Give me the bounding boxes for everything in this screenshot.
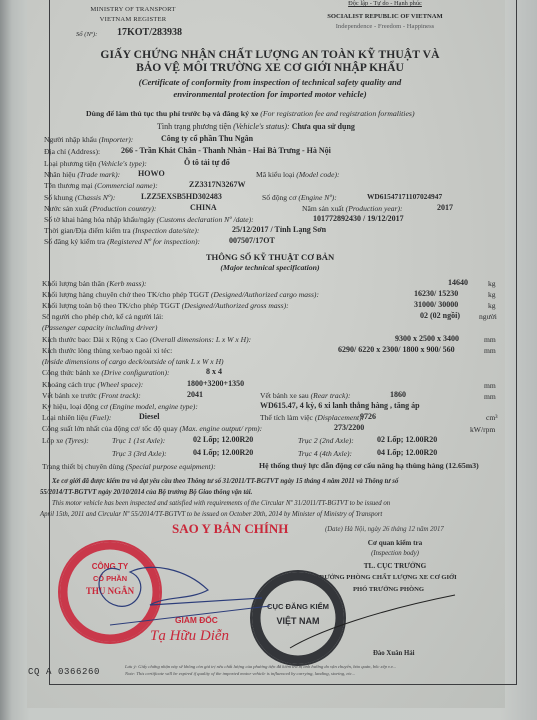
signature-strokes	[0, 0, 537, 720]
form-serial: CQ A 0366260	[28, 667, 100, 677]
footer-note-vn: Lưu ý: Giấy chứng nhận này sẽ không còn …	[125, 664, 396, 670]
footer-note-en: Note: This certificate will be expired i…	[125, 671, 355, 677]
